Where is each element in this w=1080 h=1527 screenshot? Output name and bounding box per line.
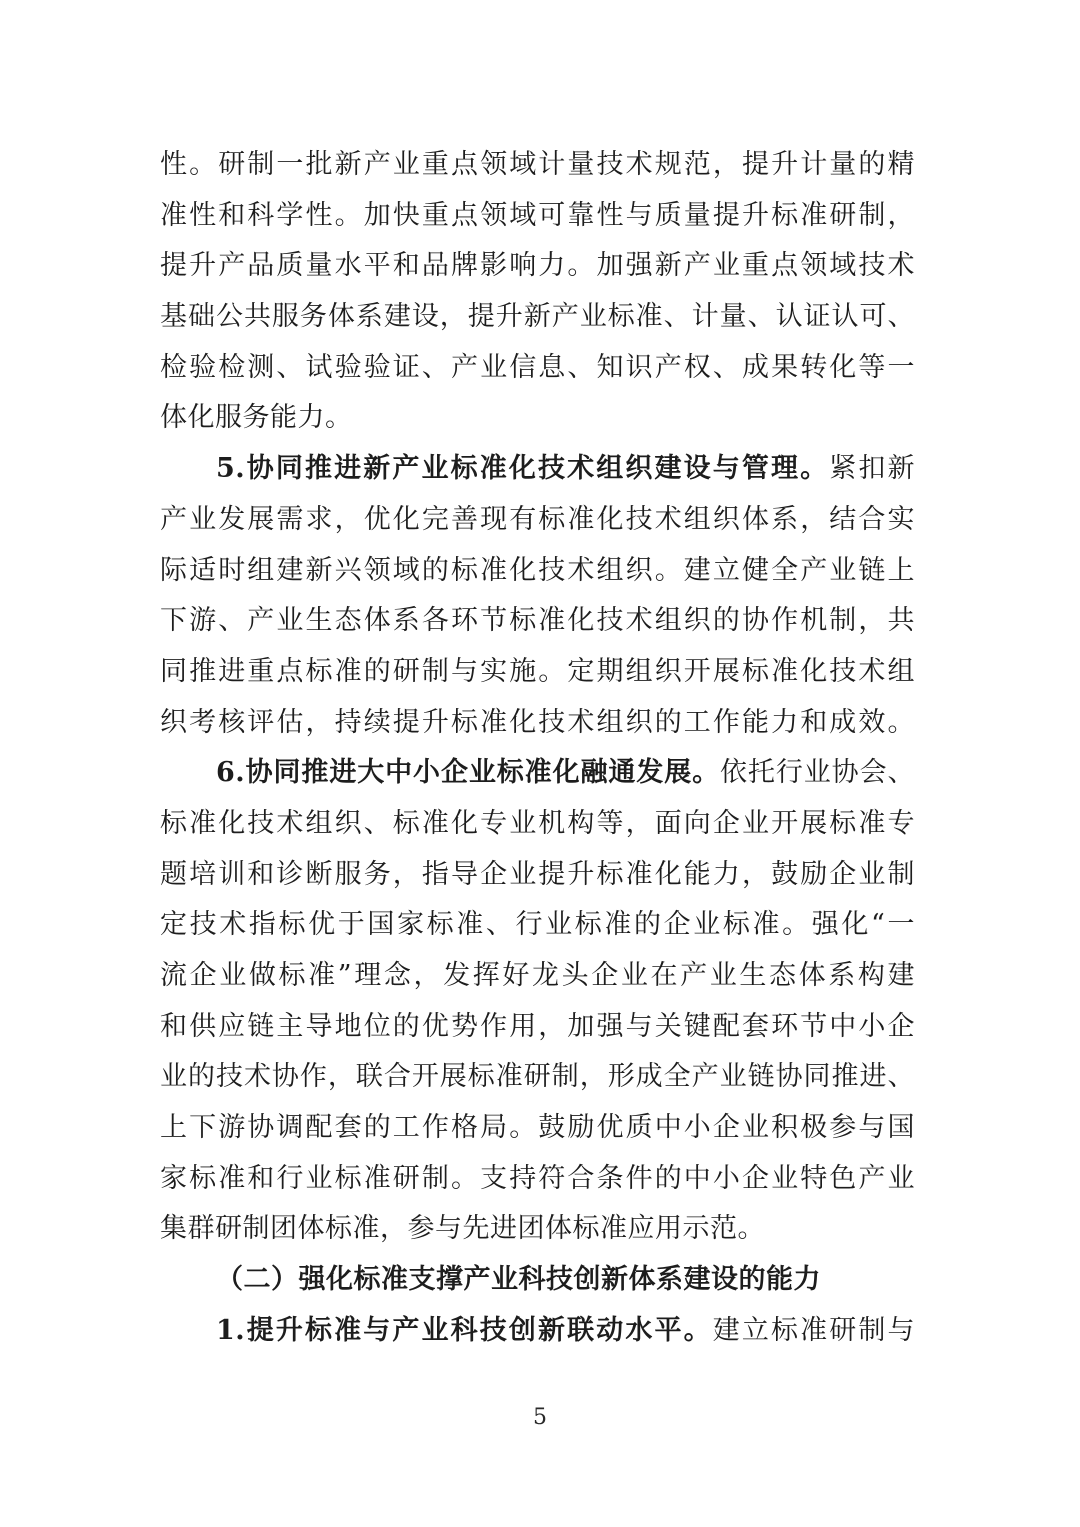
body-text: 依托行业协会、 [720,757,915,788]
bold-lead-text: 6.协同推进大中小企业标准化融通发展。 [216,757,720,788]
text-line: 标准化技术组织、标准化专业机构等，面向企业开展标准专 [160,799,915,850]
body-text: 紧扣新 [829,453,915,484]
text-line: 题培训和诊断服务，指导企业提升标准化能力，鼓励企业制 [160,850,915,901]
text-line: 织考核评估，持续提升标准化技术组织的工作能力和成效。 [160,698,915,749]
text-line: 产业发展需求，优化完善现有标准化技术组织体系，结合实 [160,495,915,546]
page-number: 5 [533,1405,547,1430]
text-line: （二）强化标准支撑产业科技创新体系建设的能力 [160,1255,915,1306]
text-line: 上下游协调配套的工作格局。鼓励优质中小企业积极参与国 [160,1103,915,1154]
body-text: 产业发展需求，优化完善现有标准化技术组织体系，结合实 [160,504,915,535]
page-footer: 5 [0,1398,1080,1438]
text-line: 集群研制团体标准，参与先进团体标准应用示范。 [160,1204,915,1255]
body-text: 题培训和诊断服务，指导企业提升标准化能力，鼓励企业制 [160,859,915,890]
body-text: 上下游协调配套的工作格局。鼓励优质中小企业积极参与国 [160,1112,915,1143]
text-line: 下游、产业生态体系各环节标准化技术组织的协作机制，共 [160,596,915,647]
bold-lead-text: 1.提升标准与产业科技创新联动水平。 [216,1315,713,1346]
body-text: 下游、产业生态体系各环节标准化技术组织的协作机制，共 [160,605,915,636]
body-text: 定技术指标优于国家标准、行业标准的企业标准。强化“一 [160,909,915,940]
text-line: 家标准和行业标准研制。支持符合条件的中小企业特色产业 [160,1154,915,1205]
body-text: 标准化技术组织、标准化专业机构等，面向企业开展标准专 [160,808,915,839]
text-line: 定技术指标优于国家标准、行业标准的企业标准。强化“一 [160,900,915,951]
body-text: 家标准和行业标准研制。支持符合条件的中小企业特色产业 [160,1163,915,1194]
text-line: 5.协同推进新产业标准化技术组织建设与管理。紧扣新 [160,444,915,495]
text-line: 和供应链主导地位的优势作用，加强与关键配套环节中小企 [160,1002,915,1053]
body-text: 和供应链主导地位的优势作用，加强与关键配套环节中小企 [160,1011,915,1042]
body-text: 业的技术协作，联合开展标准研制，形成全产业链协同推进、 [160,1061,915,1092]
text-line: 际适时组建新兴领域的标准化技术组织。建立健全产业链上 [160,546,915,597]
body-text: 性。研制一批新产业重点领域计量技术规范，提升计量的精 [160,149,915,180]
body-text: 集群研制团体标准，参与先进团体标准应用示范。 [160,1213,765,1244]
text-line: 提升产品质量水平和品牌影响力。加强新产业重点领域技术 [160,241,915,292]
body-text: 流企业做标准”理念，发挥好龙头企业在产业生态体系构建 [160,960,915,991]
body-text: 准性和科学性。加快重点领域可靠性与质量提升标准研制， [160,200,915,231]
text-line: 同推进重点标准的研制与实施。定期组织开展标准化技术组 [160,647,915,698]
body-text: 基础公共服务体系建设，提升新产业标准、计量、认证认可、 [160,301,915,332]
body-text: 提升产品质量水平和品牌影响力。加强新产业重点领域技术 [160,250,915,281]
text-line: 检验检测、试验验证、产业信息、知识产权、成果转化等一 [160,343,915,394]
text-line: 基础公共服务体系建设，提升新产业标准、计量、认证认可、 [160,292,915,343]
body-text: 际适时组建新兴领域的标准化技术组织。建立健全产业链上 [160,555,915,586]
text-line: 6.协同推进大中小企业标准化融通发展。依托行业协会、 [160,748,915,799]
bold-lead-text: （二）强化标准支撑产业科技创新体系建设的能力 [216,1264,821,1295]
body-text: 建立标准研制与 [713,1315,915,1346]
document-body: 性。研制一批新产业重点领域计量技术规范，提升计量的精准性和科学性。加快重点领域可… [160,140,915,1357]
bold-lead-text: 5.协同推进新产业标准化技术组织建设与管理。 [216,453,829,484]
body-text: 织考核评估，持续提升标准化技术组织的工作能力和成效。 [160,707,915,738]
text-line: 1.提升标准与产业科技创新联动水平。建立标准研制与 [160,1306,915,1357]
body-text: 同推进重点标准的研制与实施。定期组织开展标准化技术组 [160,656,915,687]
text-line: 性。研制一批新产业重点领域计量技术规范，提升计量的精 [160,140,915,191]
text-line: 业的技术协作，联合开展标准研制，形成全产业链协同推进、 [160,1052,915,1103]
body-text: 体化服务能力。 [160,402,353,433]
text-line: 流企业做标准”理念，发挥好龙头企业在产业生态体系构建 [160,951,915,1002]
text-line: 体化服务能力。 [160,393,915,444]
body-text: 检验检测、试验验证、产业信息、知识产权、成果转化等一 [160,352,915,383]
text-line: 准性和科学性。加快重点领域可靠性与质量提升标准研制， [160,191,915,242]
